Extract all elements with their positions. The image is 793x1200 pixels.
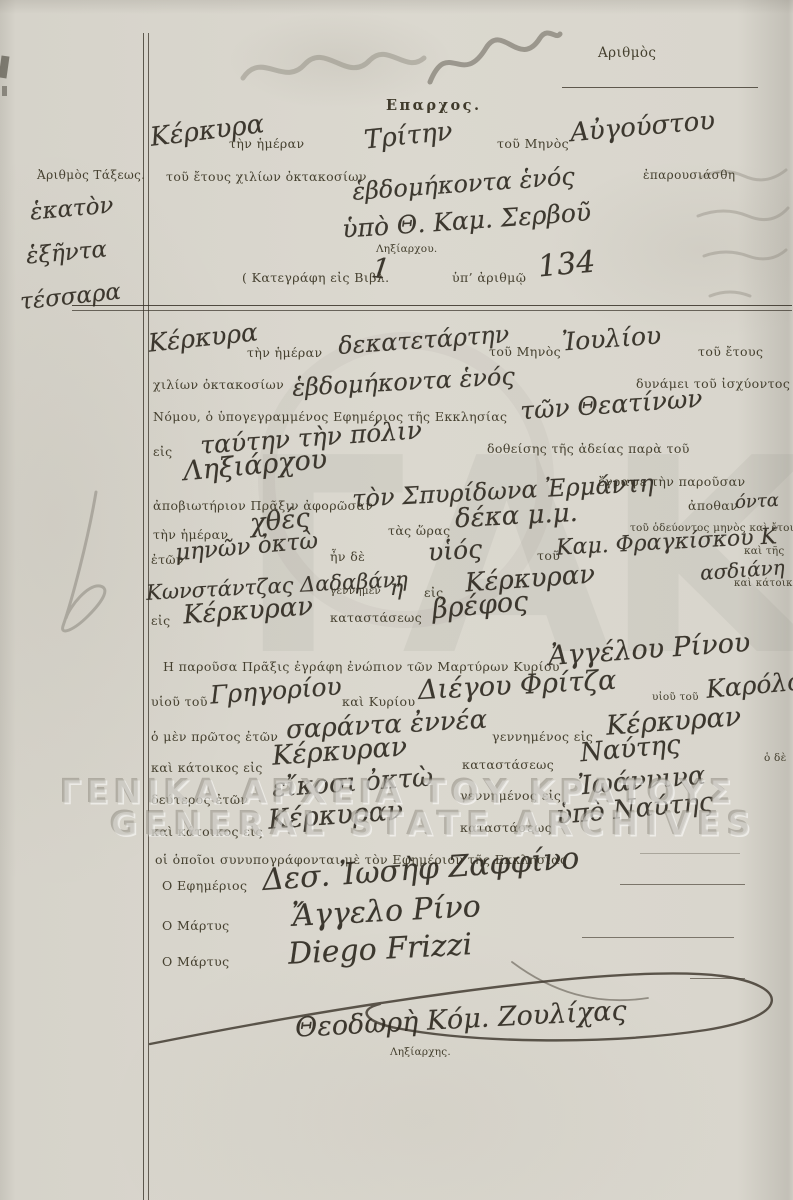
header-month-label: τοῦ Μηνὸς (497, 136, 569, 151)
number-blank-line (562, 87, 758, 88)
header-presented-label: ἐπαρουσιάσθη (643, 168, 735, 182)
body-day-label: τὴν ἡμέραν (247, 345, 322, 360)
signature-dash-line (640, 853, 740, 854)
body-died-label: ἀποθαν (688, 498, 738, 513)
pencil-flourish-left-margin (63, 492, 105, 631)
bleed-top-scrawl-dark (430, 33, 560, 82)
body-born-ending-handwritten: η (390, 576, 403, 601)
witness1-signature-label: Ο Μάρτυς (162, 918, 230, 933)
body-permission-label: δοθείσης τῆς ἀδείας παρὰ τοῦ (487, 441, 690, 456)
signature-dash-line (690, 978, 745, 979)
edge-ink-speck (2, 86, 7, 96)
body-year-label: τοῦ ἔτους (698, 344, 763, 359)
archive-watermark-english: GENERAL STATE ARCHIVES (110, 804, 757, 843)
priest-signature-label: Ο Εφημέριος (162, 878, 247, 893)
signature-stroke (512, 962, 648, 1000)
bleed-right-margin (698, 170, 788, 296)
act-number-handwritten: 134 (537, 245, 597, 285)
witness1-son-of-label: υἱοῦ τοῦ (151, 694, 208, 709)
body-res-in-label: εἰς (151, 613, 171, 628)
witness2-son-of-label: υἱοῦ τοῦ (652, 691, 699, 703)
under-number-label: ὑπ’ ἀριθμῷ (452, 270, 526, 285)
recorded-in-book-label: ( Κατεγράφη εἰς Βιβλ. (242, 270, 389, 285)
body-hours-label: τὰς ὥρας (388, 523, 451, 538)
archival-document-scan: ΓΑΚ Αριθμὸς Επαρχος. Κέρκυρα τὴν ἡμέραν … (0, 0, 793, 1200)
registrar-signature-label: Ληξίαρχης. (390, 1046, 451, 1058)
header-year-label: τοῦ ἔτους χιλίων ὀκτακοσίων (166, 169, 367, 184)
eparchos-title: Επαρχος. (386, 97, 482, 114)
body-was-label: ἦν δὲ (330, 549, 365, 564)
signature-dash-line (620, 884, 745, 885)
bleed-top-scrawl (243, 54, 424, 78)
vertical-margin-rule (143, 33, 149, 1200)
body-at-label: εἰς (153, 444, 173, 459)
witness2-signature-label: Ο Μάρτυς (162, 954, 230, 969)
body-year-cont-label: χιλίων ὀκτακοσίων (153, 377, 284, 392)
section-separator-rule (72, 305, 792, 311)
first-witness-born-label: γεννημένος εἰς (492, 729, 593, 744)
body-hours-handwritten: δέκα μ.μ. (454, 498, 578, 534)
body-died-ending-handwritten: όντα (734, 490, 779, 513)
order-number-label: Ἀριθμὸς Τάξεως. (37, 168, 145, 182)
header-number-label: Αριθμὸς (598, 45, 656, 61)
first-witness-status-label: καταστάσεως (462, 757, 554, 772)
second-witness-intro-label: ὁ δὲ (764, 752, 786, 764)
body-status-label: καταστάσεως (330, 610, 422, 625)
first-witness-age-label: ὁ μὲν πρῶτος ἐτῶν (151, 729, 278, 744)
signature-dash-line (582, 937, 734, 938)
body-son-handwritten: υἱός (427, 534, 483, 567)
and-mr-label: καὶ Κυρίου (342, 694, 415, 709)
